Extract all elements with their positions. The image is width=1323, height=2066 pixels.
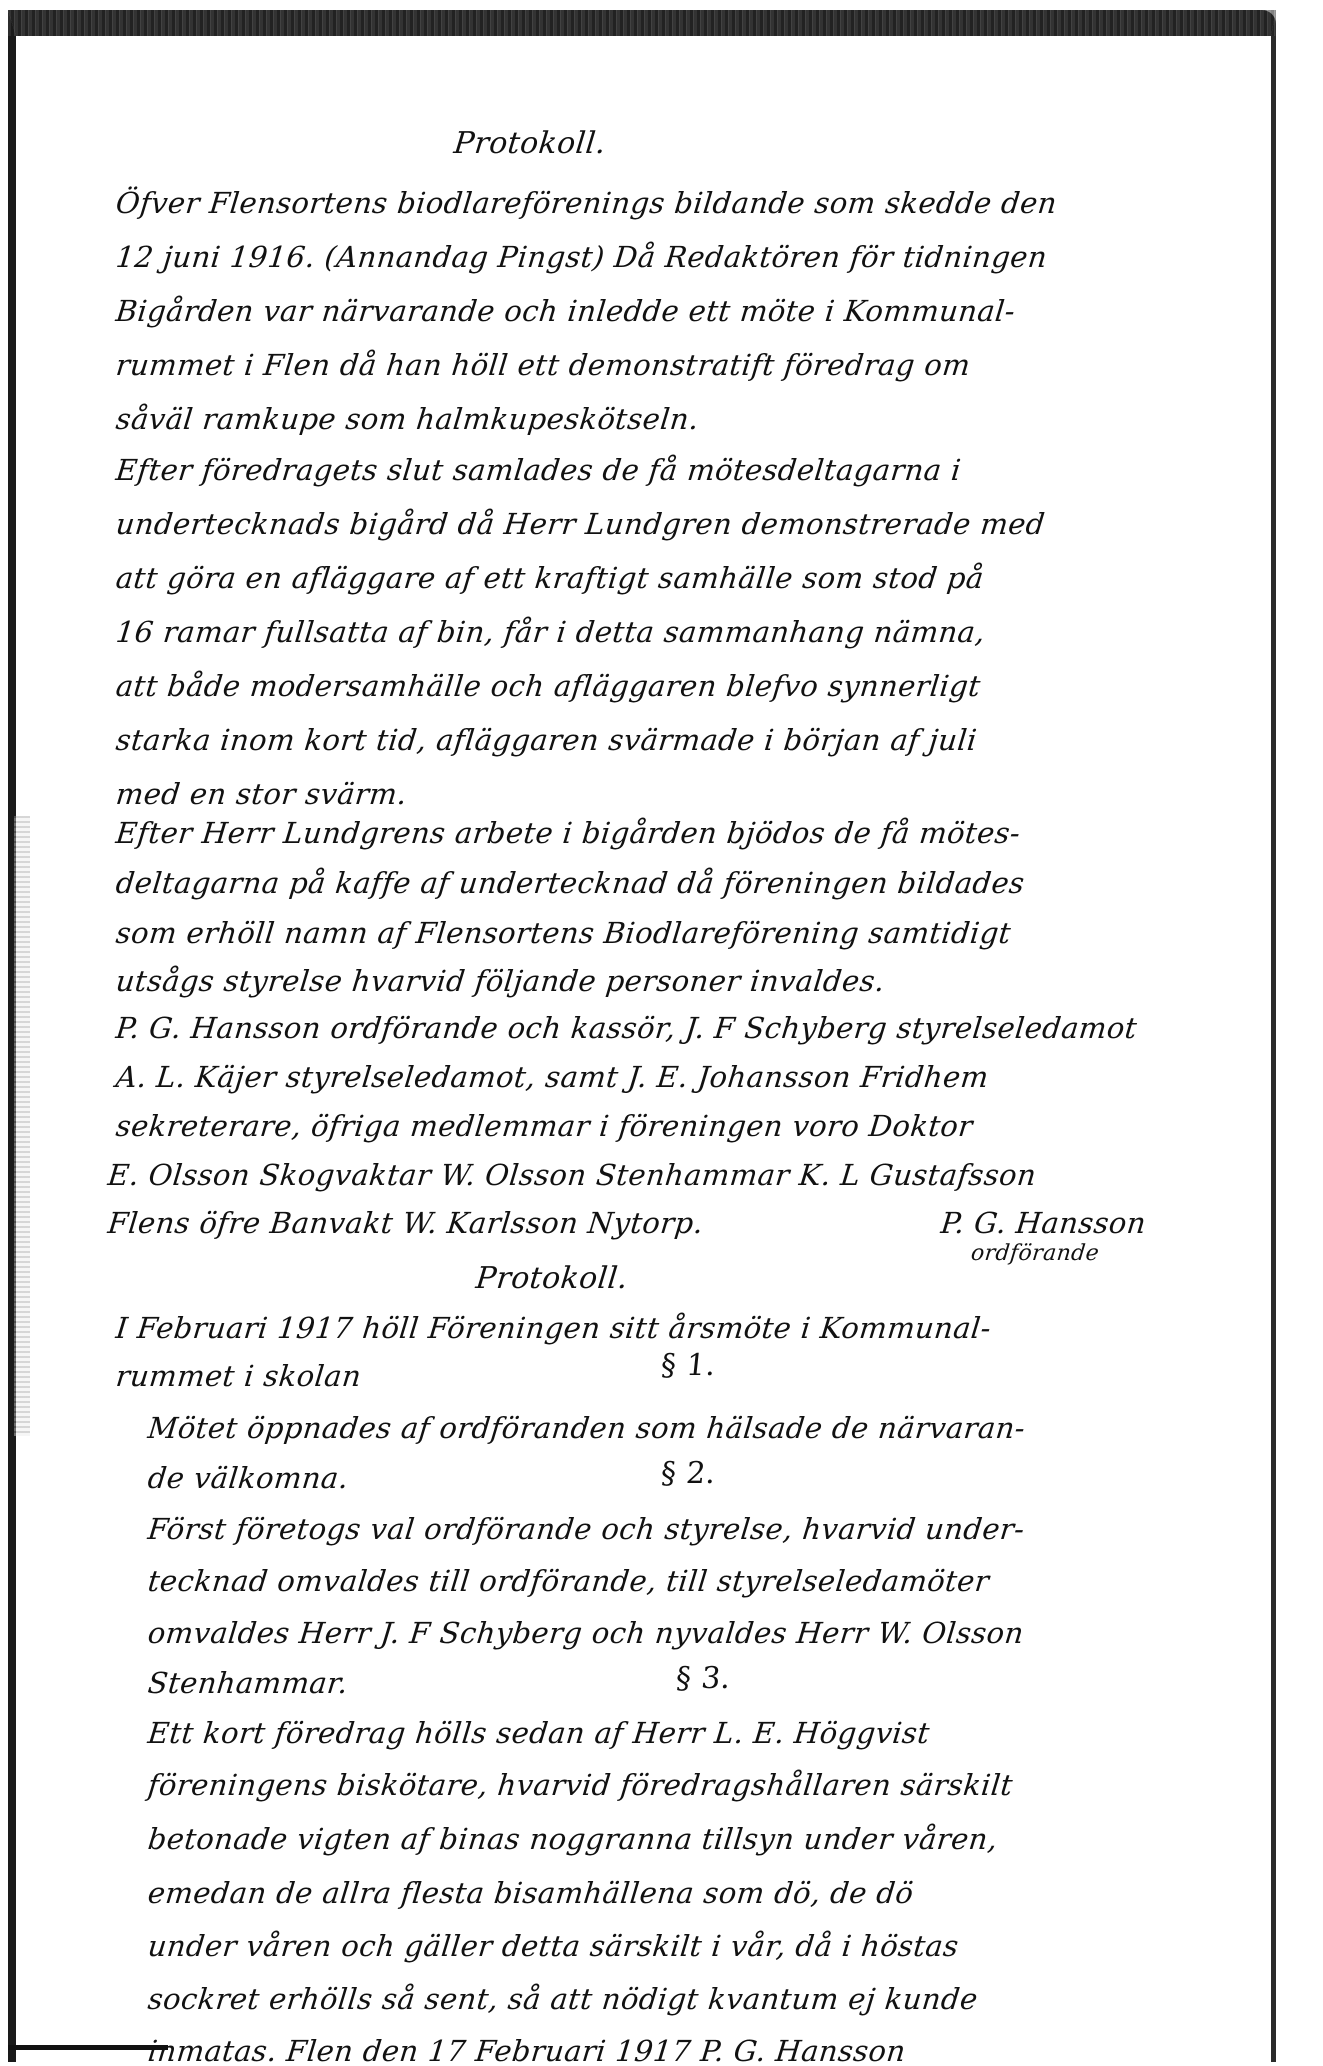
text-line: inmatas. Flen den 17 Februari 1917 P. G.… (146, 2034, 907, 2066)
text-line: sockret erhölls så sent, så att nödigt k… (146, 1982, 979, 2016)
text-line: med en stor svärm. (114, 777, 408, 811)
text-line: som erhöll namn af Flensortens Biodlaref… (114, 916, 1012, 950)
text-line: utsågs styrelse hvarvid följande persone… (114, 964, 886, 998)
text-line: 12 juni 1916. (Annandag Pingst) Då Redak… (114, 240, 1049, 274)
text-line: sekreterare, öfriga medlemmar i förening… (114, 1109, 974, 1143)
text-line: E. Olsson Skogvaktar W. Olsson Stenhamma… (106, 1158, 1038, 1192)
paragraph-mark: § 3. (674, 1661, 732, 1696)
paragraph-mark: § 1. (659, 1348, 717, 1383)
text-line: Flens öfre Banvakt W. Karlsson Nytorp. (106, 1206, 705, 1240)
text-line: deltagarna på kaffe af undertecknad då f… (114, 866, 1026, 900)
section2-heading: Protokoll. (474, 1261, 629, 1296)
signature-title: ordförande (970, 1241, 1101, 1266)
text-line: de välkomna. (146, 1461, 350, 1495)
text-line: Öfver Flensortens biodlareförenings bild… (114, 186, 1058, 220)
signature: P. G. Hansson (939, 1206, 1148, 1240)
text-line: Först företogs val ordförande och styrel… (146, 1512, 1026, 1546)
text-line: rummet i skolan (114, 1359, 363, 1393)
text-line: Bigården var närvarande och inledde ett … (114, 294, 1017, 328)
text-line: P. G. Hansson ordförande och kassör, J. … (114, 1011, 1139, 1045)
text-line: föreningens biskötare, hvarvid föredrags… (146, 1768, 1014, 1802)
text-line: betonade vigten af binas noggranna tills… (146, 1822, 999, 1856)
text-line: Stenhammar. (146, 1666, 349, 1700)
text-line: rummet i Flen då han höll ett demonstrat… (114, 348, 972, 382)
text-line: starka inom kort tid, afläggaren svärmad… (114, 723, 978, 757)
text-line: omvaldes Herr J. F Schyberg och nyvaldes… (146, 1616, 1025, 1650)
handwritten-text: Protokoll. Öfver Flensortens biodlareför… (16, 36, 1271, 2062)
text-line: tecknad omvaldes till ordförande, till s… (146, 1564, 991, 1598)
text-line: undertecknads bigård då Herr Lundgren de… (114, 507, 1046, 541)
text-line: att både modersamhälle och afläggaren bl… (114, 669, 982, 703)
text-line: såväl ramkupe som halmkupeskötseln. (114, 402, 700, 436)
text-line: Ett kort föredrag hölls sedan af Herr L.… (146, 1716, 931, 1750)
text-line: Mötet öppnades af ordföranden som hälsad… (146, 1411, 1027, 1445)
text-line: emedan de allra flesta bisamhällena som … (146, 1876, 915, 1910)
text-line: Efter föredragets slut samlades de få mö… (114, 453, 963, 487)
document-page: Protokoll. Öfver Flensortens biodlareför… (8, 10, 1276, 2062)
text-line: under våren och gäller detta särskilt i … (146, 1929, 960, 1963)
text-line: att göra en afläggare af ett kraftigt sa… (114, 561, 985, 595)
text-line: I Februari 1917 höll Föreningen sitt års… (114, 1311, 993, 1345)
text-line: Efter Herr Lundgrens arbete i bigården b… (114, 816, 1022, 850)
paragraph-mark: § 2. (659, 1456, 717, 1491)
section1-heading: Protokoll. (452, 126, 607, 161)
text-line: A. L. Käjer styrelseledamot, samt J. E. … (114, 1060, 990, 1094)
text-line: 16 ramar fullsatta af bin, får i detta s… (114, 615, 987, 649)
